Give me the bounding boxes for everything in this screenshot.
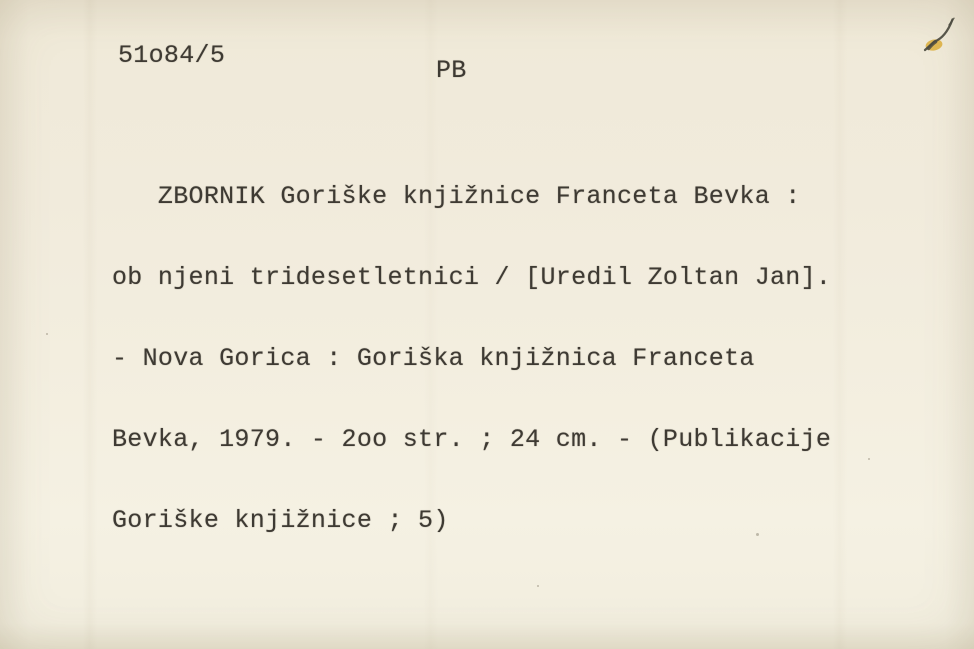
entry-line-subtitle: ob njeni tridesetletnici / [Uredil Zolta… [112, 264, 872, 291]
paper-speck [756, 533, 759, 536]
catalog-entry: ZBORNIK Goriške knjižnice Franceta Bevka… [112, 129, 872, 588]
catalog-card: 51o84/5 PB ZBORNIK Goriške knjižnice Fra… [0, 0, 974, 649]
paper-speck [868, 458, 870, 460]
entry-line-series: Goriške knjižnice ; 5) [112, 507, 872, 534]
entry-line-title: ZBORNIK Goriške knjižnice Franceta Bevka… [112, 183, 872, 210]
call-number: 51o84/5 [118, 42, 225, 69]
checkmark-icon [912, 12, 964, 60]
paper-speck [537, 585, 539, 587]
entry-line-collation: Bevka, 1979. - 2oo str. ; 24 cm. - (Publ… [112, 426, 872, 453]
format-label: PB [436, 57, 467, 84]
paper-speck [46, 333, 48, 335]
entry-line-imprint: - Nova Gorica : Goriška knjižnica France… [112, 345, 872, 372]
